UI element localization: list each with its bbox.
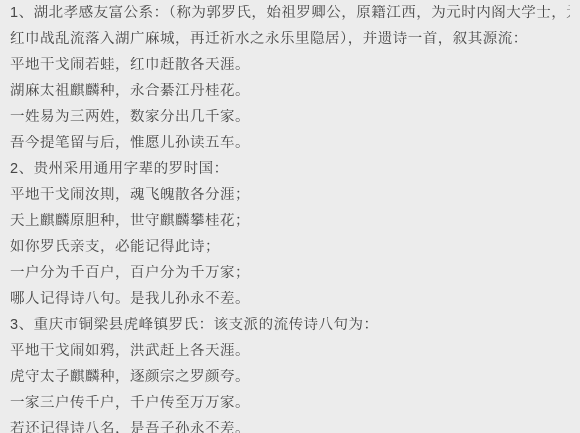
poem: 平地干戈闹汝剘，魂飞魄散各分涯； 天上麒麟原胆种，世守麒麟攀桂花； 如你罗氏亲支… [10, 187, 570, 308]
poem-line: 平地干戈闹若蛙，红巾赶散各天涯。 [10, 57, 570, 74]
poem-line: 一户分为千百户，百户分为千万家； [10, 265, 570, 282]
poem-line: 一姓易为三两姓，数家分出几千家。 [10, 109, 570, 126]
section-title-line: 2、贵州采用通用字辈的罗时国： [10, 161, 570, 178]
section-title: 3、重庆市铜梁县虎峰镇罗氏：该支派的流传诗八句为： [10, 317, 570, 334]
section-hubei-xiaogan: 1、湖北孝感友富公系：（称为郭罗氏，始祖罗卿公，原籍江西，为元时内阁大学士，元末… [10, 5, 570, 152]
poem-line: 一家三户传千户，千户传至万万家。 [10, 395, 570, 412]
section-title-line: 红巾战乱流落入湖广麻城，再迁祈水之永乐里隐居），并遗诗一首，叙其源流： [10, 31, 570, 48]
poem-line: 平地干戈闹如鸦，洪武赶上各天涯。 [10, 343, 570, 360]
poem-line: 吾今提笔留与后，惟愿儿孙读五车。 [10, 135, 570, 152]
poem-line: 若还记得诗八名，是吾子孙永不差。 [10, 421, 570, 433]
poem: 平地干戈闹如鸦，洪武赶上各天涯。 虎守太子麒麟种，逐颜宗之罗颜夸。 一家三户传千… [10, 343, 570, 433]
poem-line: 如你罗氏亲支，必能记得此诗； [10, 239, 570, 256]
section-title: 1、湖北孝感友富公系：（称为郭罗氏，始祖罗卿公，原籍江西，为元时内阁大学士，元末… [10, 5, 570, 48]
section-title-line: 3、重庆市铜梁县虎峰镇罗氏：该支派的流传诗八句为： [10, 317, 570, 334]
poem-line: 虎守太子麒麟种，逐颜宗之罗颜夸。 [10, 369, 570, 386]
section-chongqing-tongliang: 3、重庆市铜梁县虎峰镇罗氏：该支派的流传诗八句为： 平地干戈闹如鸦，洪武赶上各天… [10, 317, 570, 433]
poem-line: 湖麻太祖麒麟种，永合綦江丹桂花。 [10, 83, 570, 100]
article-body: 1、湖北孝感友富公系：（称为郭罗氏，始祖罗卿公，原籍江西，为元时内阁大学士，元末… [0, 0, 580, 433]
section-title: 2、贵州采用通用字辈的罗时国： [10, 161, 570, 178]
poem-line: 天上麒麟原胆种，世守麒麟攀桂花； [10, 213, 570, 230]
section-title-line: 1、湖北孝感友富公系：（称为郭罗氏，始祖罗卿公，原籍江西，为元时内阁大学士，元末… [10, 5, 570, 22]
poem: 平地干戈闹若蛙，红巾赶散各天涯。 湖麻太祖麒麟种，永合綦江丹桂花。 一姓易为三两… [10, 57, 570, 152]
poem-line: 哪人记得诗八句。是我儿孙永不差。 [10, 291, 570, 308]
section-guizhou: 2、贵州采用通用字辈的罗时国： 平地干戈闹汝剘，魂飞魄散各分涯； 天上麒麟原胆种… [10, 161, 570, 308]
poem-line: 平地干戈闹汝剘，魂飞魄散各分涯； [10, 187, 570, 204]
